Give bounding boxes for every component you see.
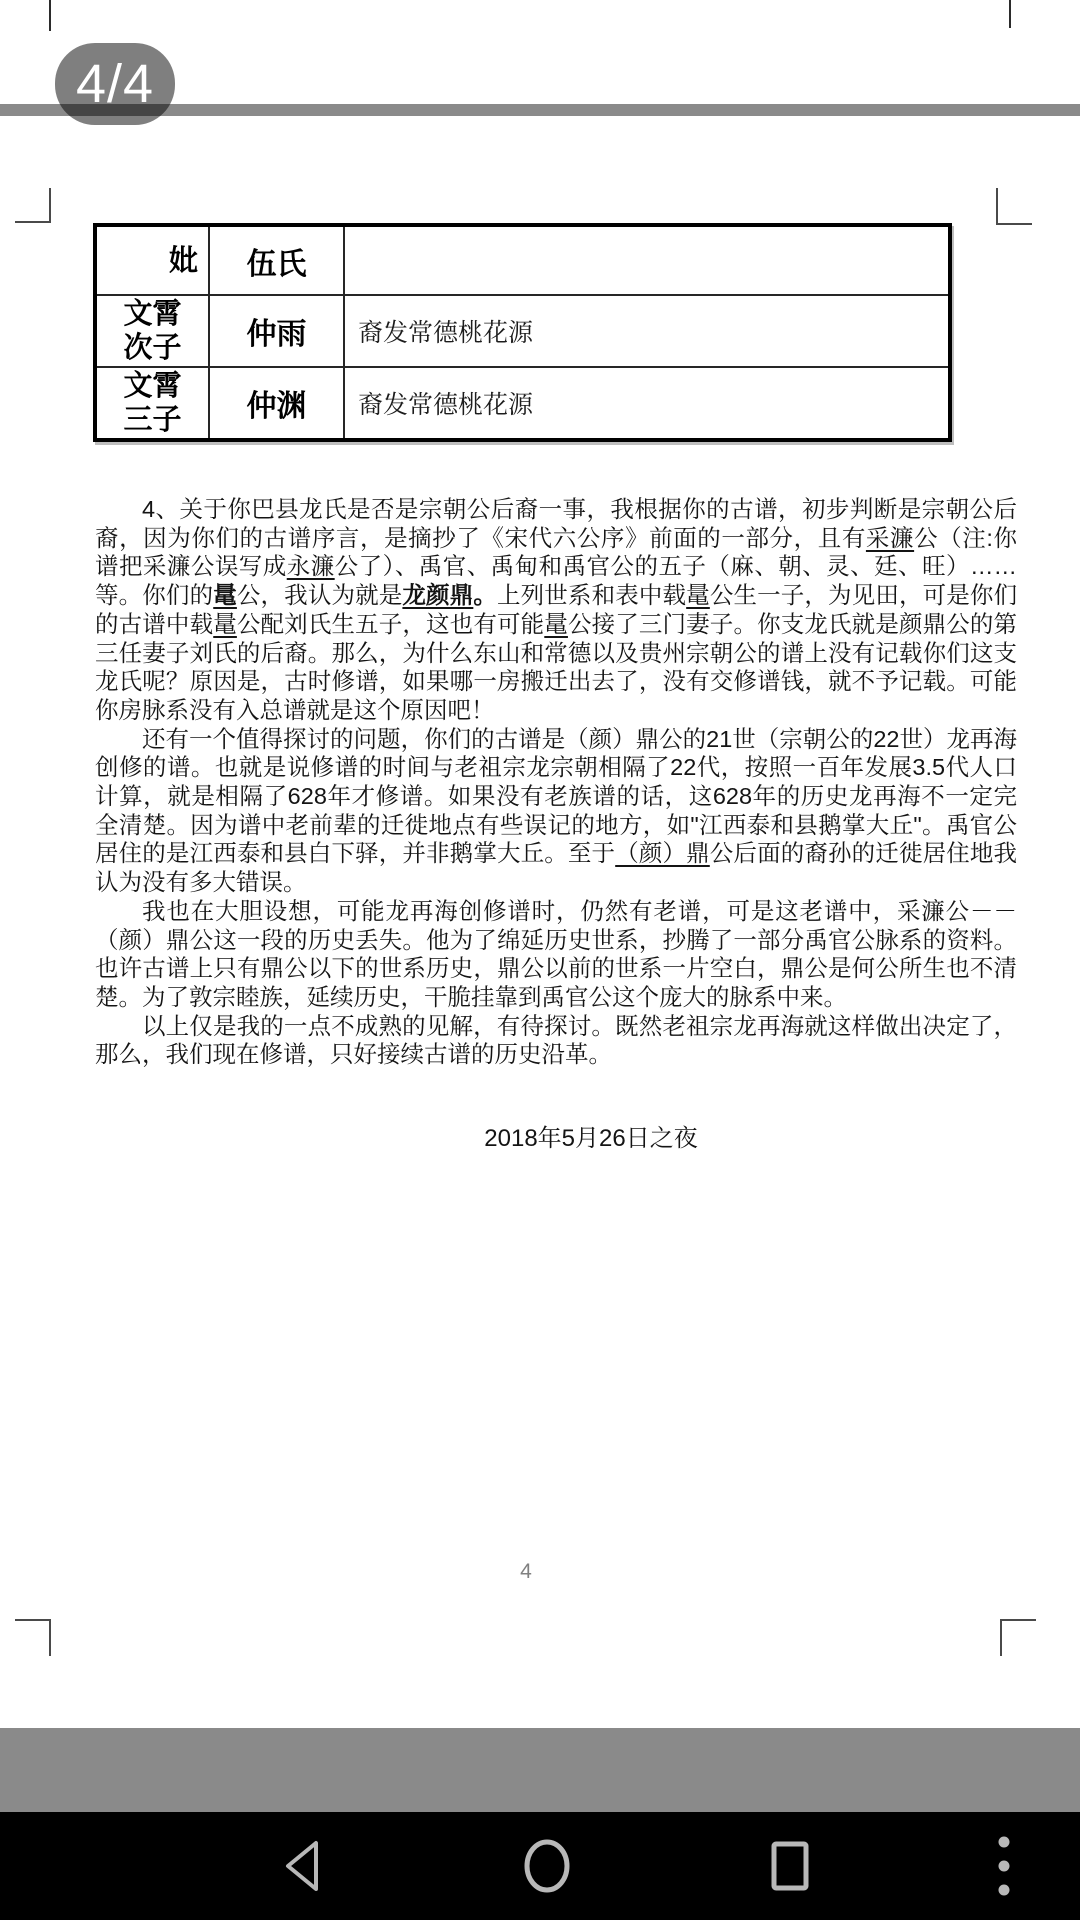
overflow-menu-icon (974, 1830, 1034, 1902)
overflow-menu-button[interactable] (944, 1812, 1064, 1920)
page-number: 4 (0, 1560, 1080, 1584)
crop-mark-top-right-v (996, 188, 998, 225)
crop-mark-top-left-h (15, 221, 51, 223)
top-left-crop-tick (49, 0, 51, 31)
crop-mark-bottom-left-v (49, 1619, 51, 1656)
home-button[interactable] (487, 1812, 607, 1920)
genealogy-table: 妣伍氏文霄 次子仲雨裔发常德桃花源文霄 三子仲渊裔发常德桃花源 (93, 223, 952, 442)
crop-mark-top-right-h (996, 223, 1032, 225)
document-date-line: 2018年5月26日之夜 (95, 1118, 1017, 1153)
paragraph: 我也在大胆设想，可能龙再海创修谱时，仍然有老谱，可是这老谱中，采濂公－－（颜）鼎… (95, 897, 1017, 1012)
table-cell-rel: 文霄 次子 (95, 295, 209, 367)
paragraph: 4、关于你巴县龙氏是否是宗朝公后裔一事，我根据你的古谱，初步判断是宗朝公后裔，因… (95, 495, 1017, 725)
paragraph: 还有一个值得探讨的问题，你们的古谱是（颜）鼎公的21世（宗朝公的22世）龙再海创… (95, 725, 1017, 897)
table-cell-rel: 妣 (95, 225, 209, 295)
recents-button[interactable] (730, 1812, 850, 1920)
table-cell-note: 裔发常德桃花源 (344, 295, 950, 367)
table-row: 文霄 三子仲渊裔发常德桃花源 (95, 367, 950, 440)
table-cell-nam: 伍氏 (209, 225, 344, 295)
document-body-text: 4、关于你巴县龙氏是否是宗朝公后裔一事，我根据你的古谱，初步判断是宗朝公后裔，因… (95, 495, 1017, 1069)
crop-mark-bottom-left-h (15, 1619, 51, 1621)
recents-icon (760, 1836, 820, 1896)
table-cell-rel: 文霄 三子 (95, 367, 209, 440)
crop-mark-bottom-right-v (1000, 1619, 1002, 1656)
android-navigation-bar (0, 1812, 1080, 1920)
table-row: 妣伍氏 (95, 225, 950, 295)
table-row: 文霄 次子仲雨裔发常德桃花源 (95, 295, 950, 367)
table-cell-note (344, 225, 950, 295)
back-button[interactable] (245, 1812, 365, 1920)
paragraph: 以上仅是我的一点不成熟的见解，有待探讨。既然老祖宗龙再海就这样做出决定了，那么，… (95, 1012, 1017, 1069)
top-right-crop-tick (1009, 0, 1011, 28)
home-icon (517, 1836, 577, 1896)
page-indicator-badge: 4/4 (55, 43, 175, 125)
screen: 4/4 妣伍氏文霄 次子仲雨裔发常德桃花源文霄 三子仲渊裔发常德桃花源 4、关于… (0, 0, 1080, 1920)
back-icon (275, 1836, 335, 1896)
crop-mark-top-left-v (49, 188, 51, 223)
crop-mark-bottom-right-h (1000, 1619, 1036, 1621)
table-cell-note: 裔发常德桃花源 (344, 367, 950, 440)
table-cell-nam: 仲渊 (209, 367, 344, 440)
table-cell-nam: 仲雨 (209, 295, 344, 367)
bottom-gray-strip (0, 1728, 1080, 1812)
